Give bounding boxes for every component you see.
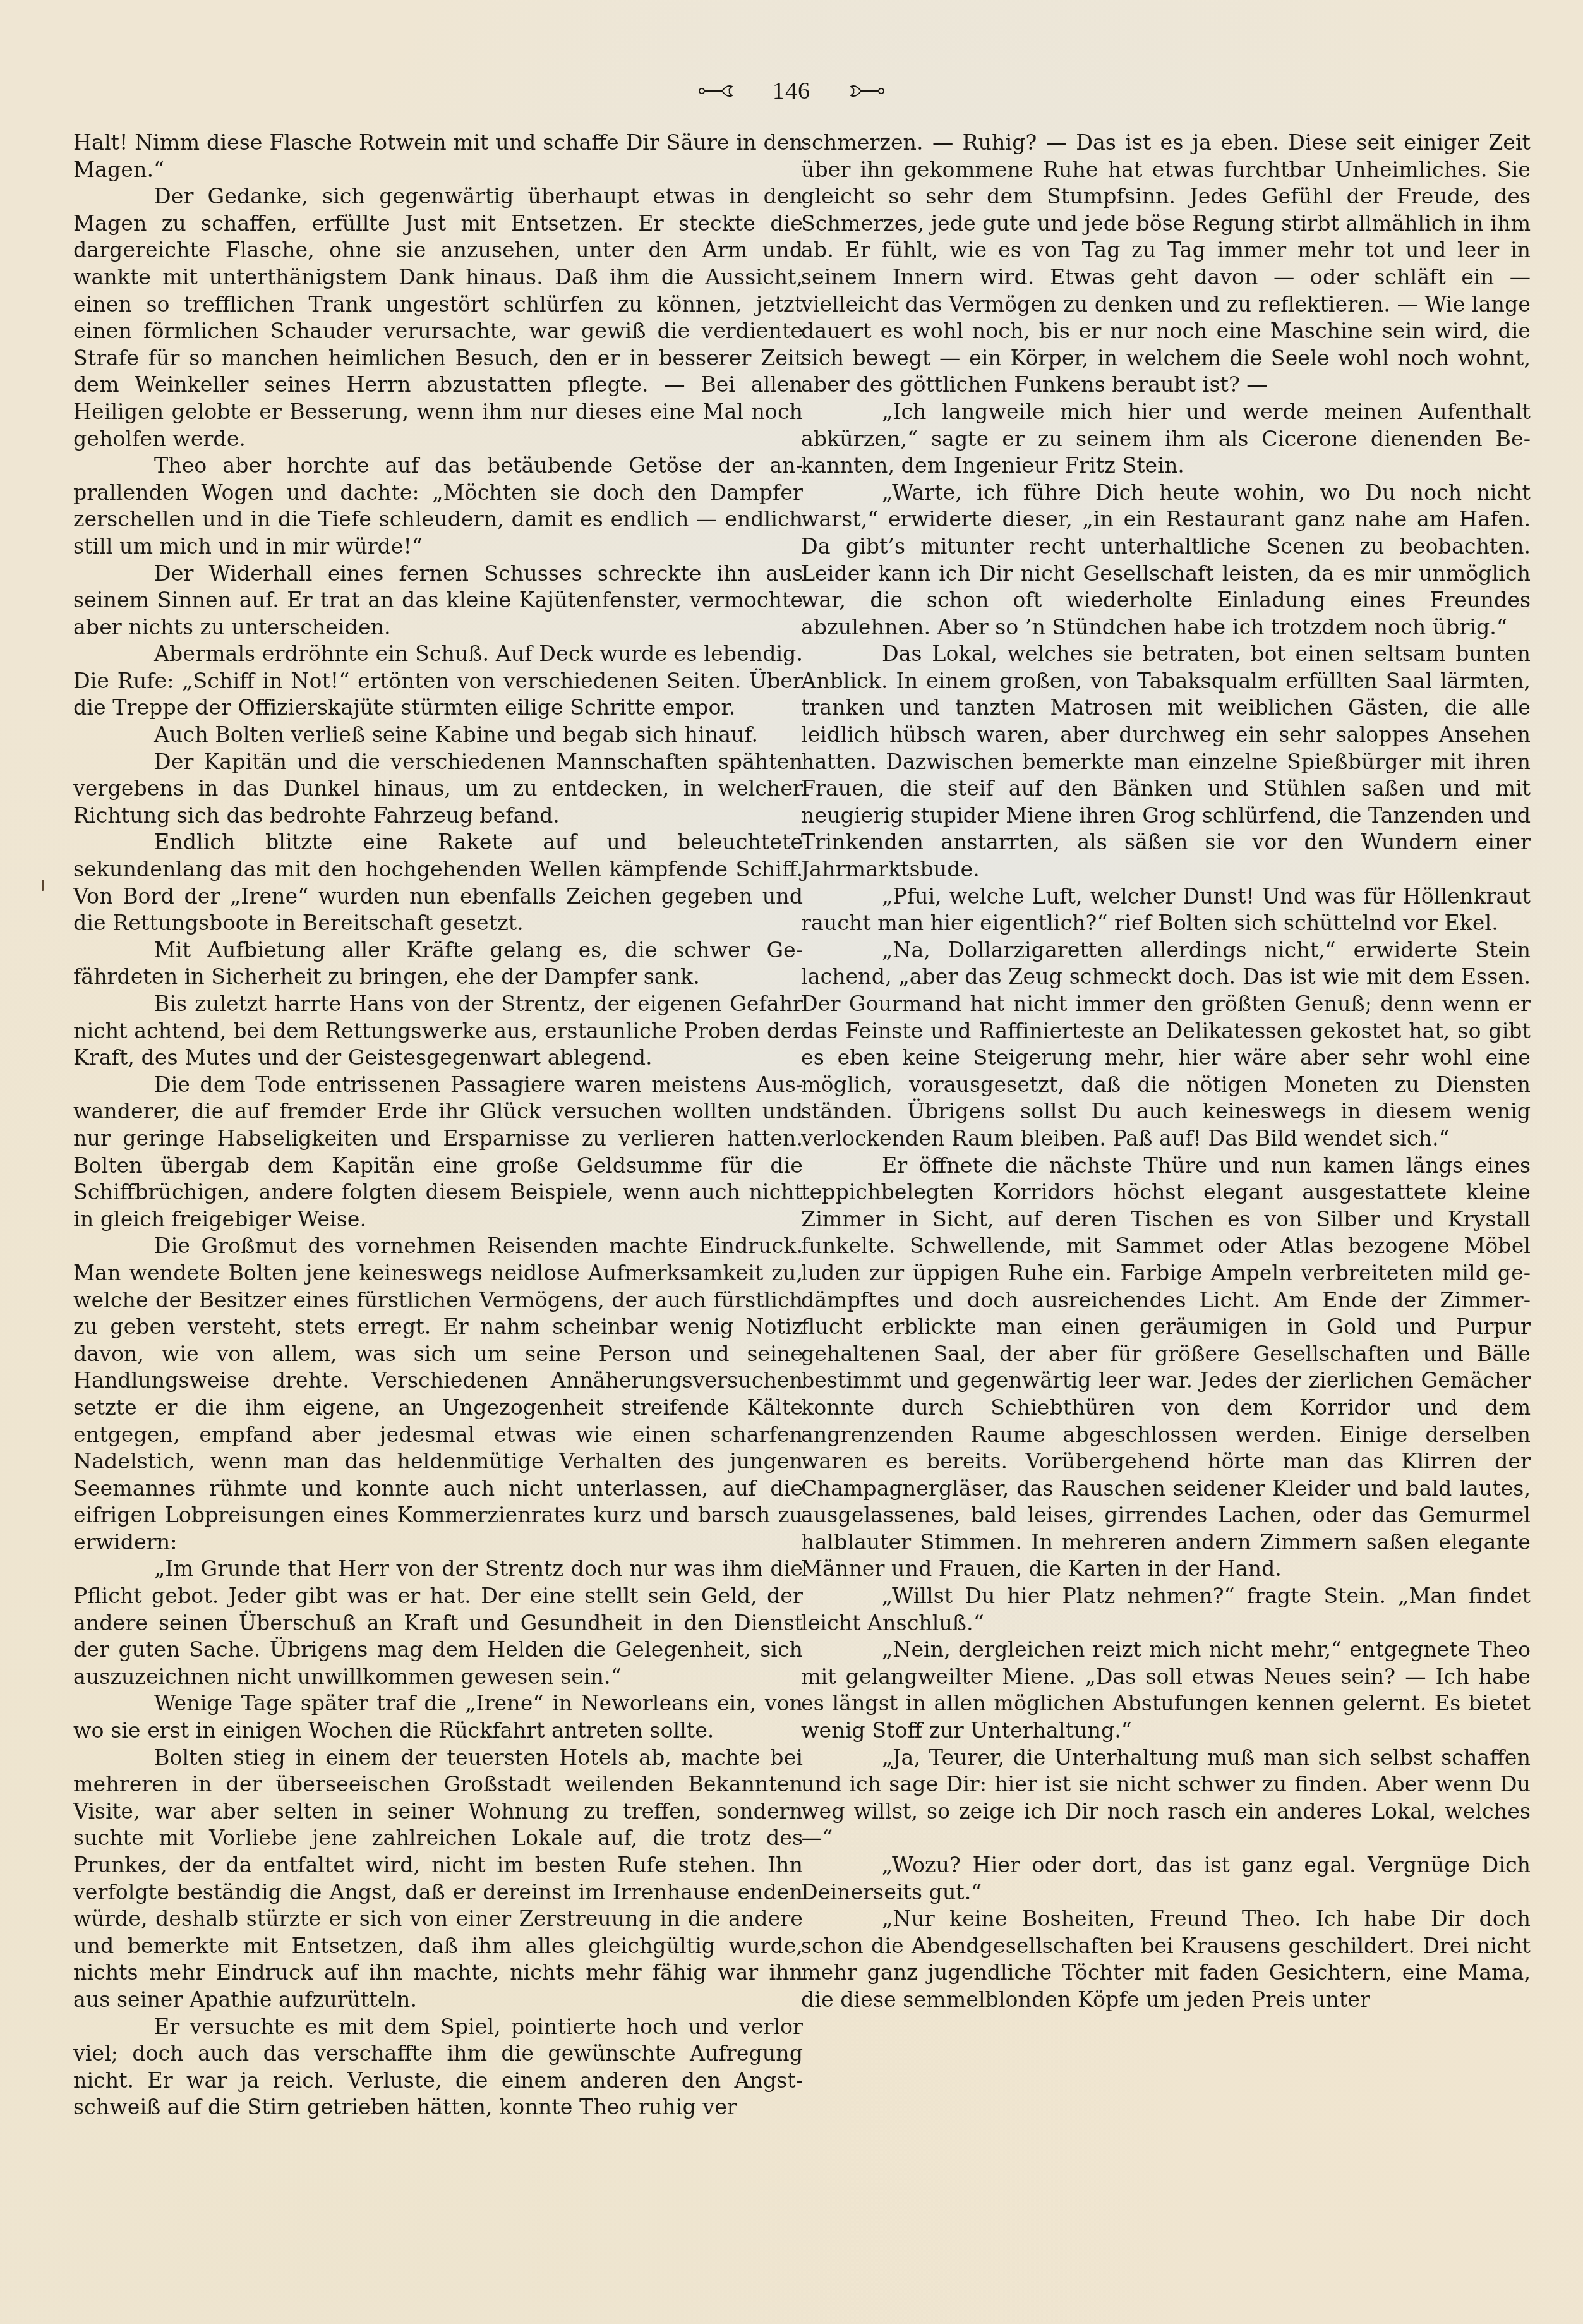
paragraph: Auch Bolten verließ seine Kabine und beg… bbox=[73, 722, 803, 749]
page-header: 146 bbox=[0, 77, 1583, 105]
paragraph: „Im Grunde that Herr von der Strentz doc… bbox=[73, 1556, 803, 1690]
paragraph: schmerzen. — Ruhig? — Das ist es ja eben… bbox=[801, 130, 1531, 399]
page-number: 146 bbox=[773, 77, 810, 105]
paragraph: Der Kapitän und die verschiedenen Mannsc… bbox=[73, 749, 803, 830]
left-flourish-icon bbox=[698, 82, 742, 100]
paragraph: Endlich blitzte eine Rakete auf und bele… bbox=[73, 829, 803, 936]
paragraph: Theo aber horchte auf das betäubende Get… bbox=[73, 452, 803, 560]
paragraph: Bis zuletzt harrte Hans von der Strentz,… bbox=[73, 991, 803, 1072]
paragraph: „Ja, Teurer, die Unterhaltung muß man si… bbox=[801, 1745, 1531, 1852]
paragraph: Halt! Nimm diese Flasche Rotwein mit und… bbox=[73, 130, 803, 183]
paragraph: „Wozu? Hier oder dort, das ist ganz egal… bbox=[801, 1852, 1531, 1906]
paragraph: „Ich langweile mich hier und werde meine… bbox=[801, 399, 1531, 480]
paragraph: Mit Aufbietung aller Kräfte gelang es, d… bbox=[73, 937, 803, 991]
paragraph: „Nein, dergleichen reizt mich nicht mehr… bbox=[801, 1637, 1531, 1744]
paragraph: Der Widerhall eines fernen Schusses schr… bbox=[73, 560, 803, 641]
left-text-column: Halt! Nimm diese Flasche Rotwein mit und… bbox=[73, 130, 803, 2121]
paragraph: Das Lokal, welches sie betraten, bot ein… bbox=[801, 641, 1531, 883]
margin-ink-mark bbox=[42, 880, 44, 891]
paragraph: „Nur keine Bosheiten, Freund Theo. Ich h… bbox=[801, 1906, 1531, 2013]
paragraph: Abermals erdröhnte ein Schuß. Auf Deck w… bbox=[73, 641, 803, 722]
paragraph: Er öffnete die nächste Thüre und nun kam… bbox=[801, 1153, 1531, 1583]
paragraph: „Na, Dollarzigaretten allerdings nicht,“… bbox=[801, 937, 1531, 1153]
paragraph: „Warte, ich führe Dich heute wohin, wo D… bbox=[801, 480, 1531, 641]
paragraph: „Pfui, welche Luft, welcher Dunst! Und w… bbox=[801, 883, 1531, 937]
paragraph: „Willst Du hier Platz nehmen?“ fragte St… bbox=[801, 1583, 1531, 1637]
right-text-column: schmerzen. — Ruhig? — Das ist es ja eben… bbox=[801, 130, 1531, 2014]
paragraph: Bolten stieg in einem der teuersten Hote… bbox=[73, 1745, 803, 2014]
paragraph: Die dem Tode entrissenen Passagiere ware… bbox=[73, 1072, 803, 1233]
right-flourish-icon bbox=[841, 82, 885, 100]
paragraph: Wenige Tage später traf die „Irene“ in N… bbox=[73, 1690, 803, 1744]
paragraph: Die Großmut des vornehmen Reisenden mach… bbox=[73, 1233, 803, 1556]
book-page: 146 Halt! Nimm diese Flasche Rotwein mit… bbox=[0, 0, 1583, 2324]
paragraph: Er versuchte es mit dem Spiel, pointiert… bbox=[73, 2014, 803, 2121]
paragraph: Der Gedanke, sich gegenwärtig überhaupt … bbox=[73, 183, 803, 452]
